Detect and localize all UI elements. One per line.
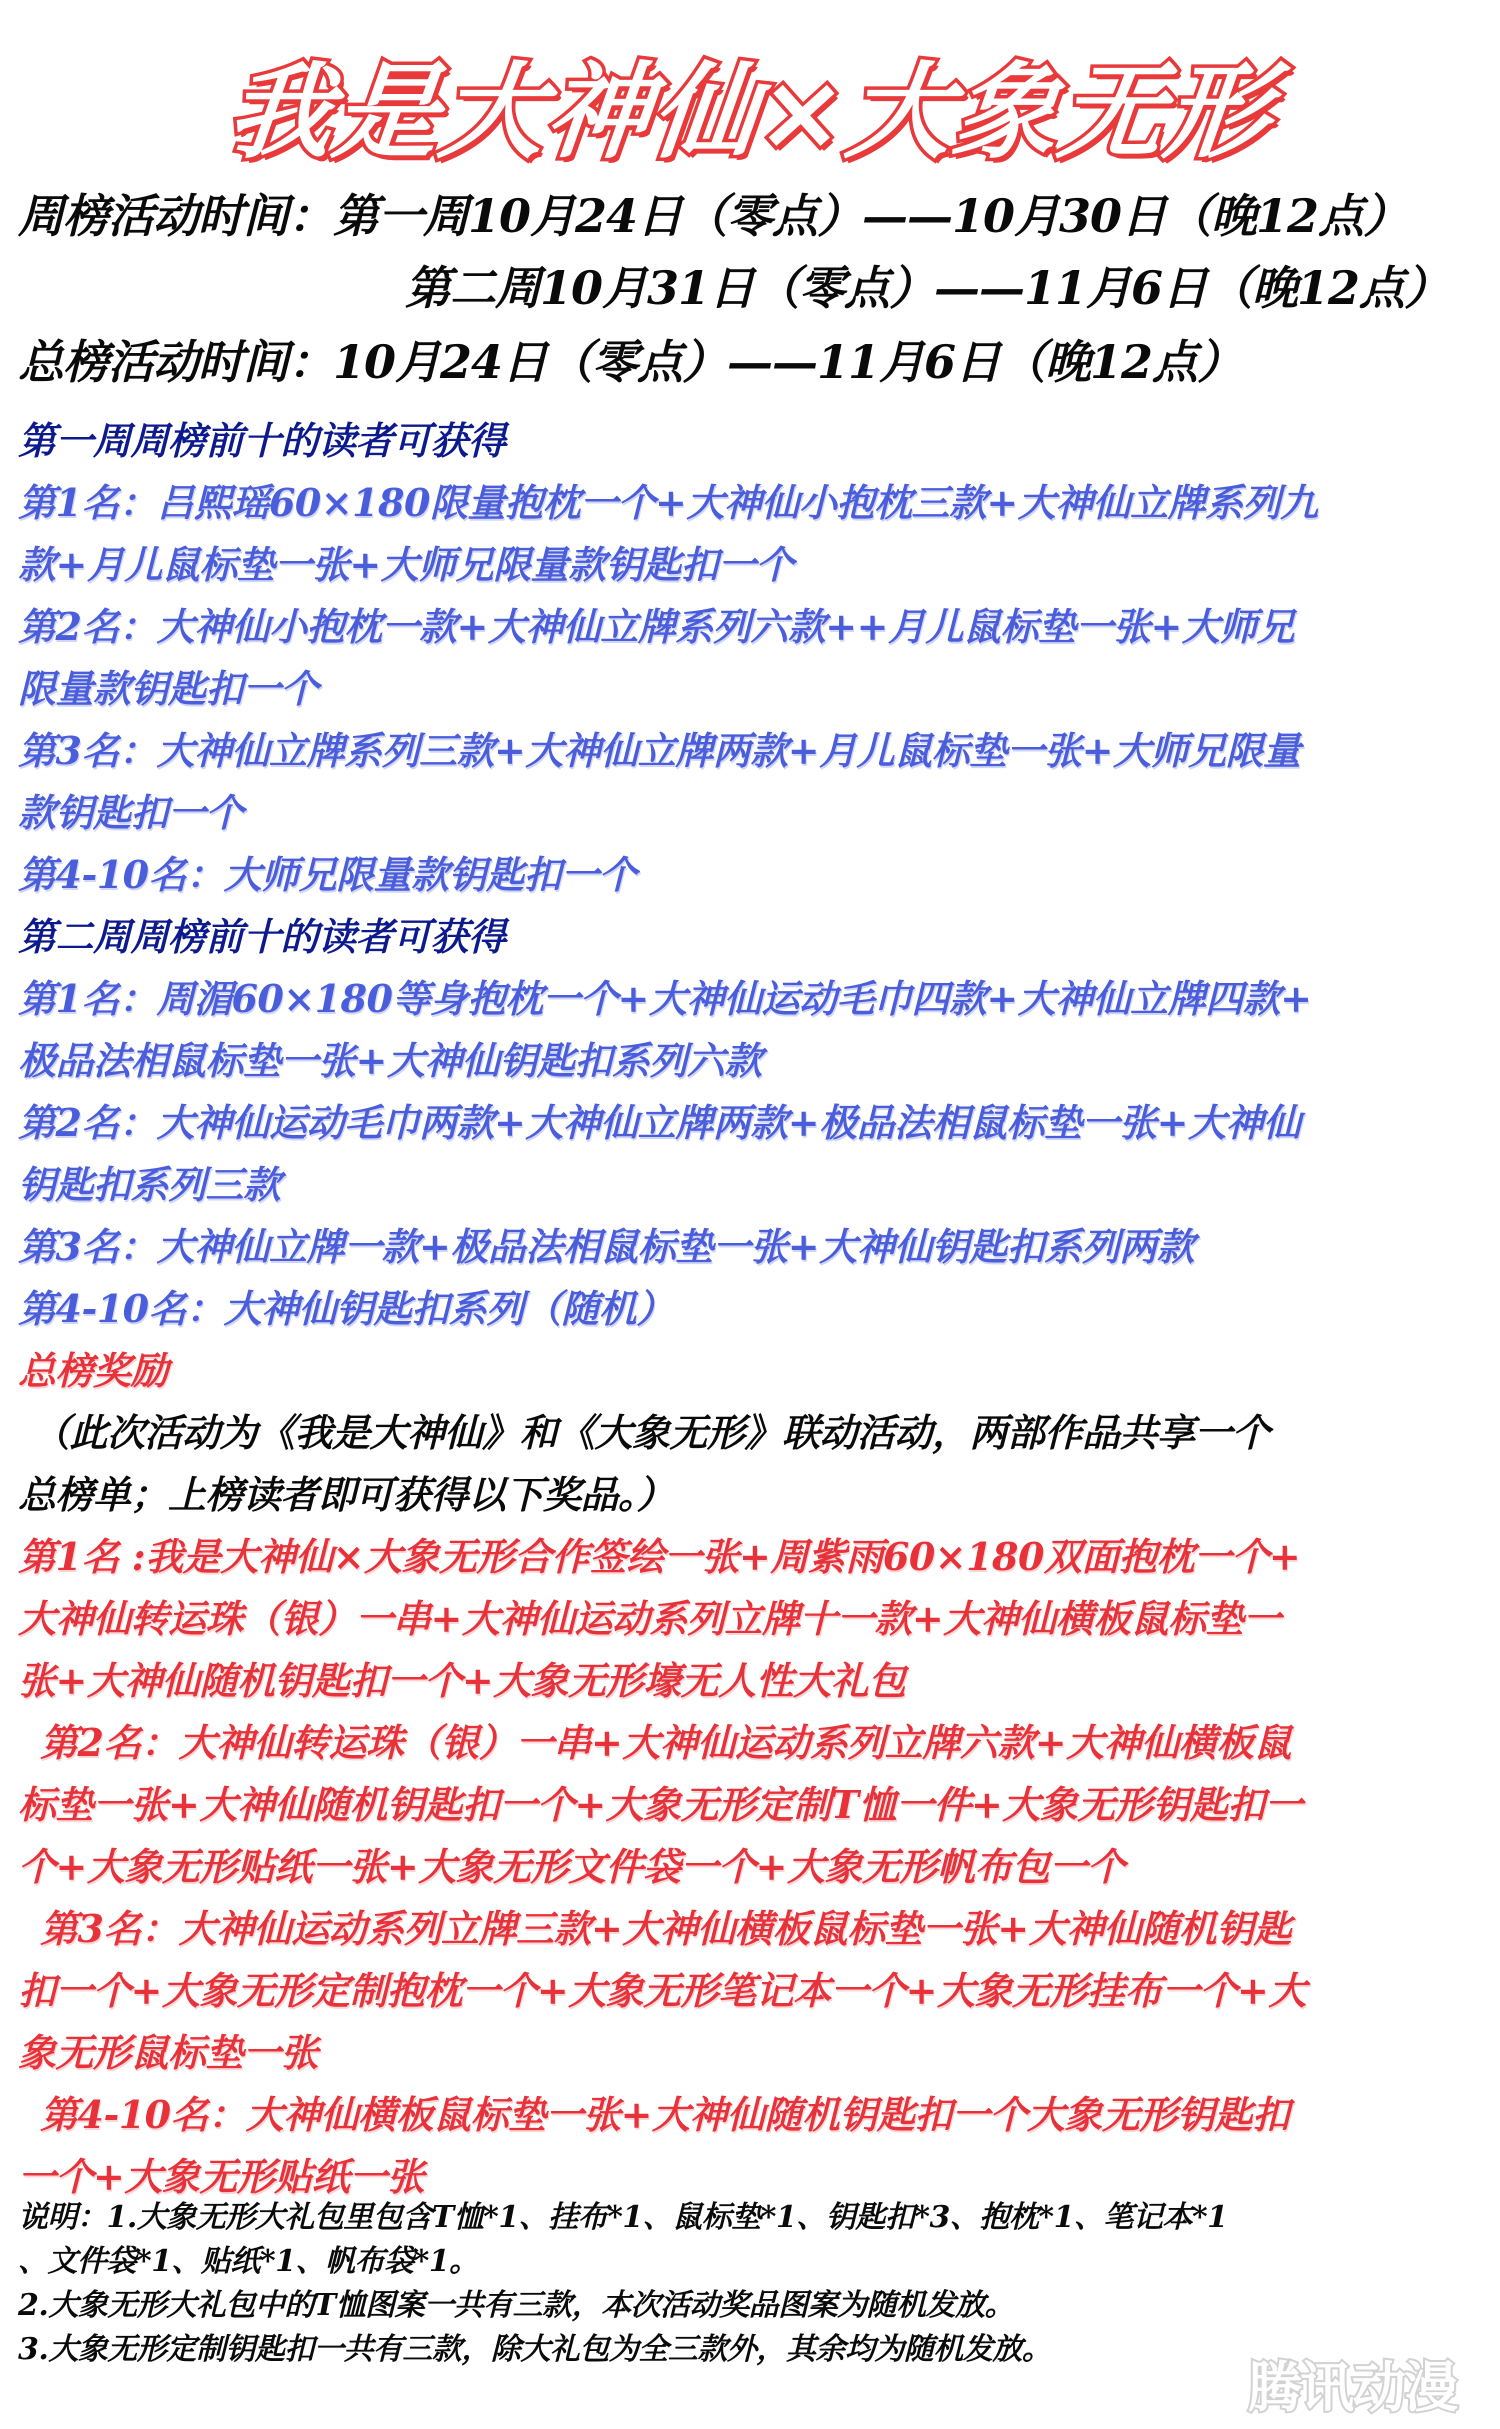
- overall-rank2-line2: 标垫一张+大神仙随机钥匙扣一个+大象无形定制T恤一件+大象无形钥匙扣一: [18, 1774, 1488, 1836]
- overall-rewards-section: 总榜奖励 （此次活动为《我是大神仙》和《大象无形》联动活动，两部作品共享一个 总…: [18, 1340, 1488, 2208]
- overall-rank3-line3: 象无形鼠标垫一张: [18, 2022, 1488, 2084]
- event-notice-page: 我是大神仙×大象无形 周榜活动时间：第一周10月24日（零点）——10月30日（…: [0, 0, 1500, 2429]
- overall-rank3-line2: 扣一个+大象无形定制抱枕一个+大象无形笔记本一个+大象无形挂布一个+大: [18, 1960, 1488, 2022]
- week1-rank1-line2: 款+月儿鼠标垫一张+大师兄限量款钥匙扣一个: [18, 534, 1488, 596]
- week2-rank1-line1: 第1名：周湄60×180等身抱枕一个+大神仙运动毛巾四款+大神仙立牌四款+: [18, 968, 1488, 1030]
- overall-schedule-line: 总榜活动时间：10月24日（零点）——11月6日（晚12点）: [18, 332, 1242, 392]
- note-line-2: 2.大象无形大礼包中的T恤图案一共有三款，本次活动奖品图案为随机发放。: [18, 2284, 1498, 2328]
- overall-rank2-line1: 第2名：大神仙转运珠（银）一串+大神仙运动系列立牌六款+大神仙横板鼠: [18, 1712, 1488, 1774]
- overall-rank1-line2: 大神仙转运珠（银）一串+大神仙运动系列立牌十一款+大神仙横板鼠标垫一: [18, 1588, 1488, 1650]
- overall-intro-line1: （此次活动为《我是大神仙》和《大象无形》联动活动，两部作品共享一个: [18, 1402, 1488, 1464]
- week2-rank4-10: 第4-10名：大神仙钥匙扣系列（随机）: [18, 1278, 1488, 1340]
- tencent-comics-watermark-logo: 腾讯动漫: [1248, 2345, 1456, 2422]
- week1-rank2-line1: 第2名：大神仙小抱枕一款+大神仙立牌系列六款++月儿鼠标垫一张+大师兄: [18, 596, 1488, 658]
- week1-rank2-line2: 限量款钥匙扣一个: [18, 658, 1488, 720]
- week1-rank1-line1: 第1名：吕熙瑶60×180限量抱枕一个+大神仙小抱枕三款+大神仙立牌系列九: [18, 472, 1488, 534]
- week2-rank2-line1: 第2名：大神仙运动毛巾两款+大神仙立牌两款+极品法相鼠标垫一张+大神仙: [18, 1092, 1488, 1154]
- week2-rank1-line2: 极品法相鼠标垫一张+大神仙钥匙扣系列六款: [18, 1030, 1488, 1092]
- page-title: 我是大神仙×大象无形: [0, 52, 1500, 172]
- overall-rank3-line1: 第3名：大神仙运动系列立牌三款+大神仙横板鼠标垫一张+大神仙随机钥匙: [18, 1898, 1488, 1960]
- week1-rank3-line2: 款钥匙扣一个: [18, 782, 1488, 844]
- overall-rank4-10-line1: 第4-10名：大神仙横板鼠标垫一张+大神仙随机钥匙扣一个大象无形钥匙扣: [18, 2084, 1488, 2146]
- note-line-1-cont: 、文件袋*1、贴纸*1、帆布袋*1。: [18, 2240, 1498, 2284]
- weekly-schedule-line-2: 第二周10月31日（零点）——11月6日（晚12点）: [405, 258, 1449, 318]
- week1-rewards-section: 第一周周榜前十的读者可获得 第1名：吕熙瑶60×180限量抱枕一个+大神仙小抱枕…: [18, 410, 1488, 906]
- week2-rank3: 第3名：大神仙立牌一款+极品法相鼠标垫一张+大神仙钥匙扣系列两款: [18, 1216, 1488, 1278]
- week1-rank4-10: 第4-10名：大师兄限量款钥匙扣一个: [18, 844, 1488, 906]
- overall-rank1-line3: 张+大神仙随机钥匙扣一个+大象无形壕无人性大礼包: [18, 1650, 1488, 1712]
- week1-heading: 第一周周榜前十的读者可获得: [18, 410, 1488, 472]
- overall-rank1-line1: 第1名 :我是大神仙×大象无形合作签绘一张+周紫雨60×180双面抱枕一个+: [18, 1526, 1488, 1588]
- week1-rank3-line1: 第3名：大神仙立牌系列三款+大神仙立牌两款+月儿鼠标垫一张+大师兄限量: [18, 720, 1488, 782]
- overall-rank2-line3: 个+大象无形贴纸一张+大象无形文件袋一个+大象无形帆布包一个: [18, 1836, 1488, 1898]
- overall-heading: 总榜奖励: [18, 1340, 1488, 1402]
- overall-intro-line2: 总榜单；上榜读者即可获得以下奖品。）: [18, 1464, 1488, 1526]
- week2-rewards-section: 第二周周榜前十的读者可获得 第1名：周湄60×180等身抱枕一个+大神仙运动毛巾…: [18, 906, 1488, 1340]
- weekly-schedule-line-1: 周榜活动时间：第一周10月24日（零点）——10月30日（晚12点）: [18, 186, 1408, 246]
- note-line-1: 说明：1.大象无形大礼包里包含T恤*1、挂布*1、鼠标垫*1、钥匙扣*3、抱枕*…: [18, 2196, 1498, 2240]
- week2-rank2-line2: 钥匙扣系列三款: [18, 1154, 1488, 1216]
- week2-heading: 第二周周榜前十的读者可获得: [18, 906, 1488, 968]
